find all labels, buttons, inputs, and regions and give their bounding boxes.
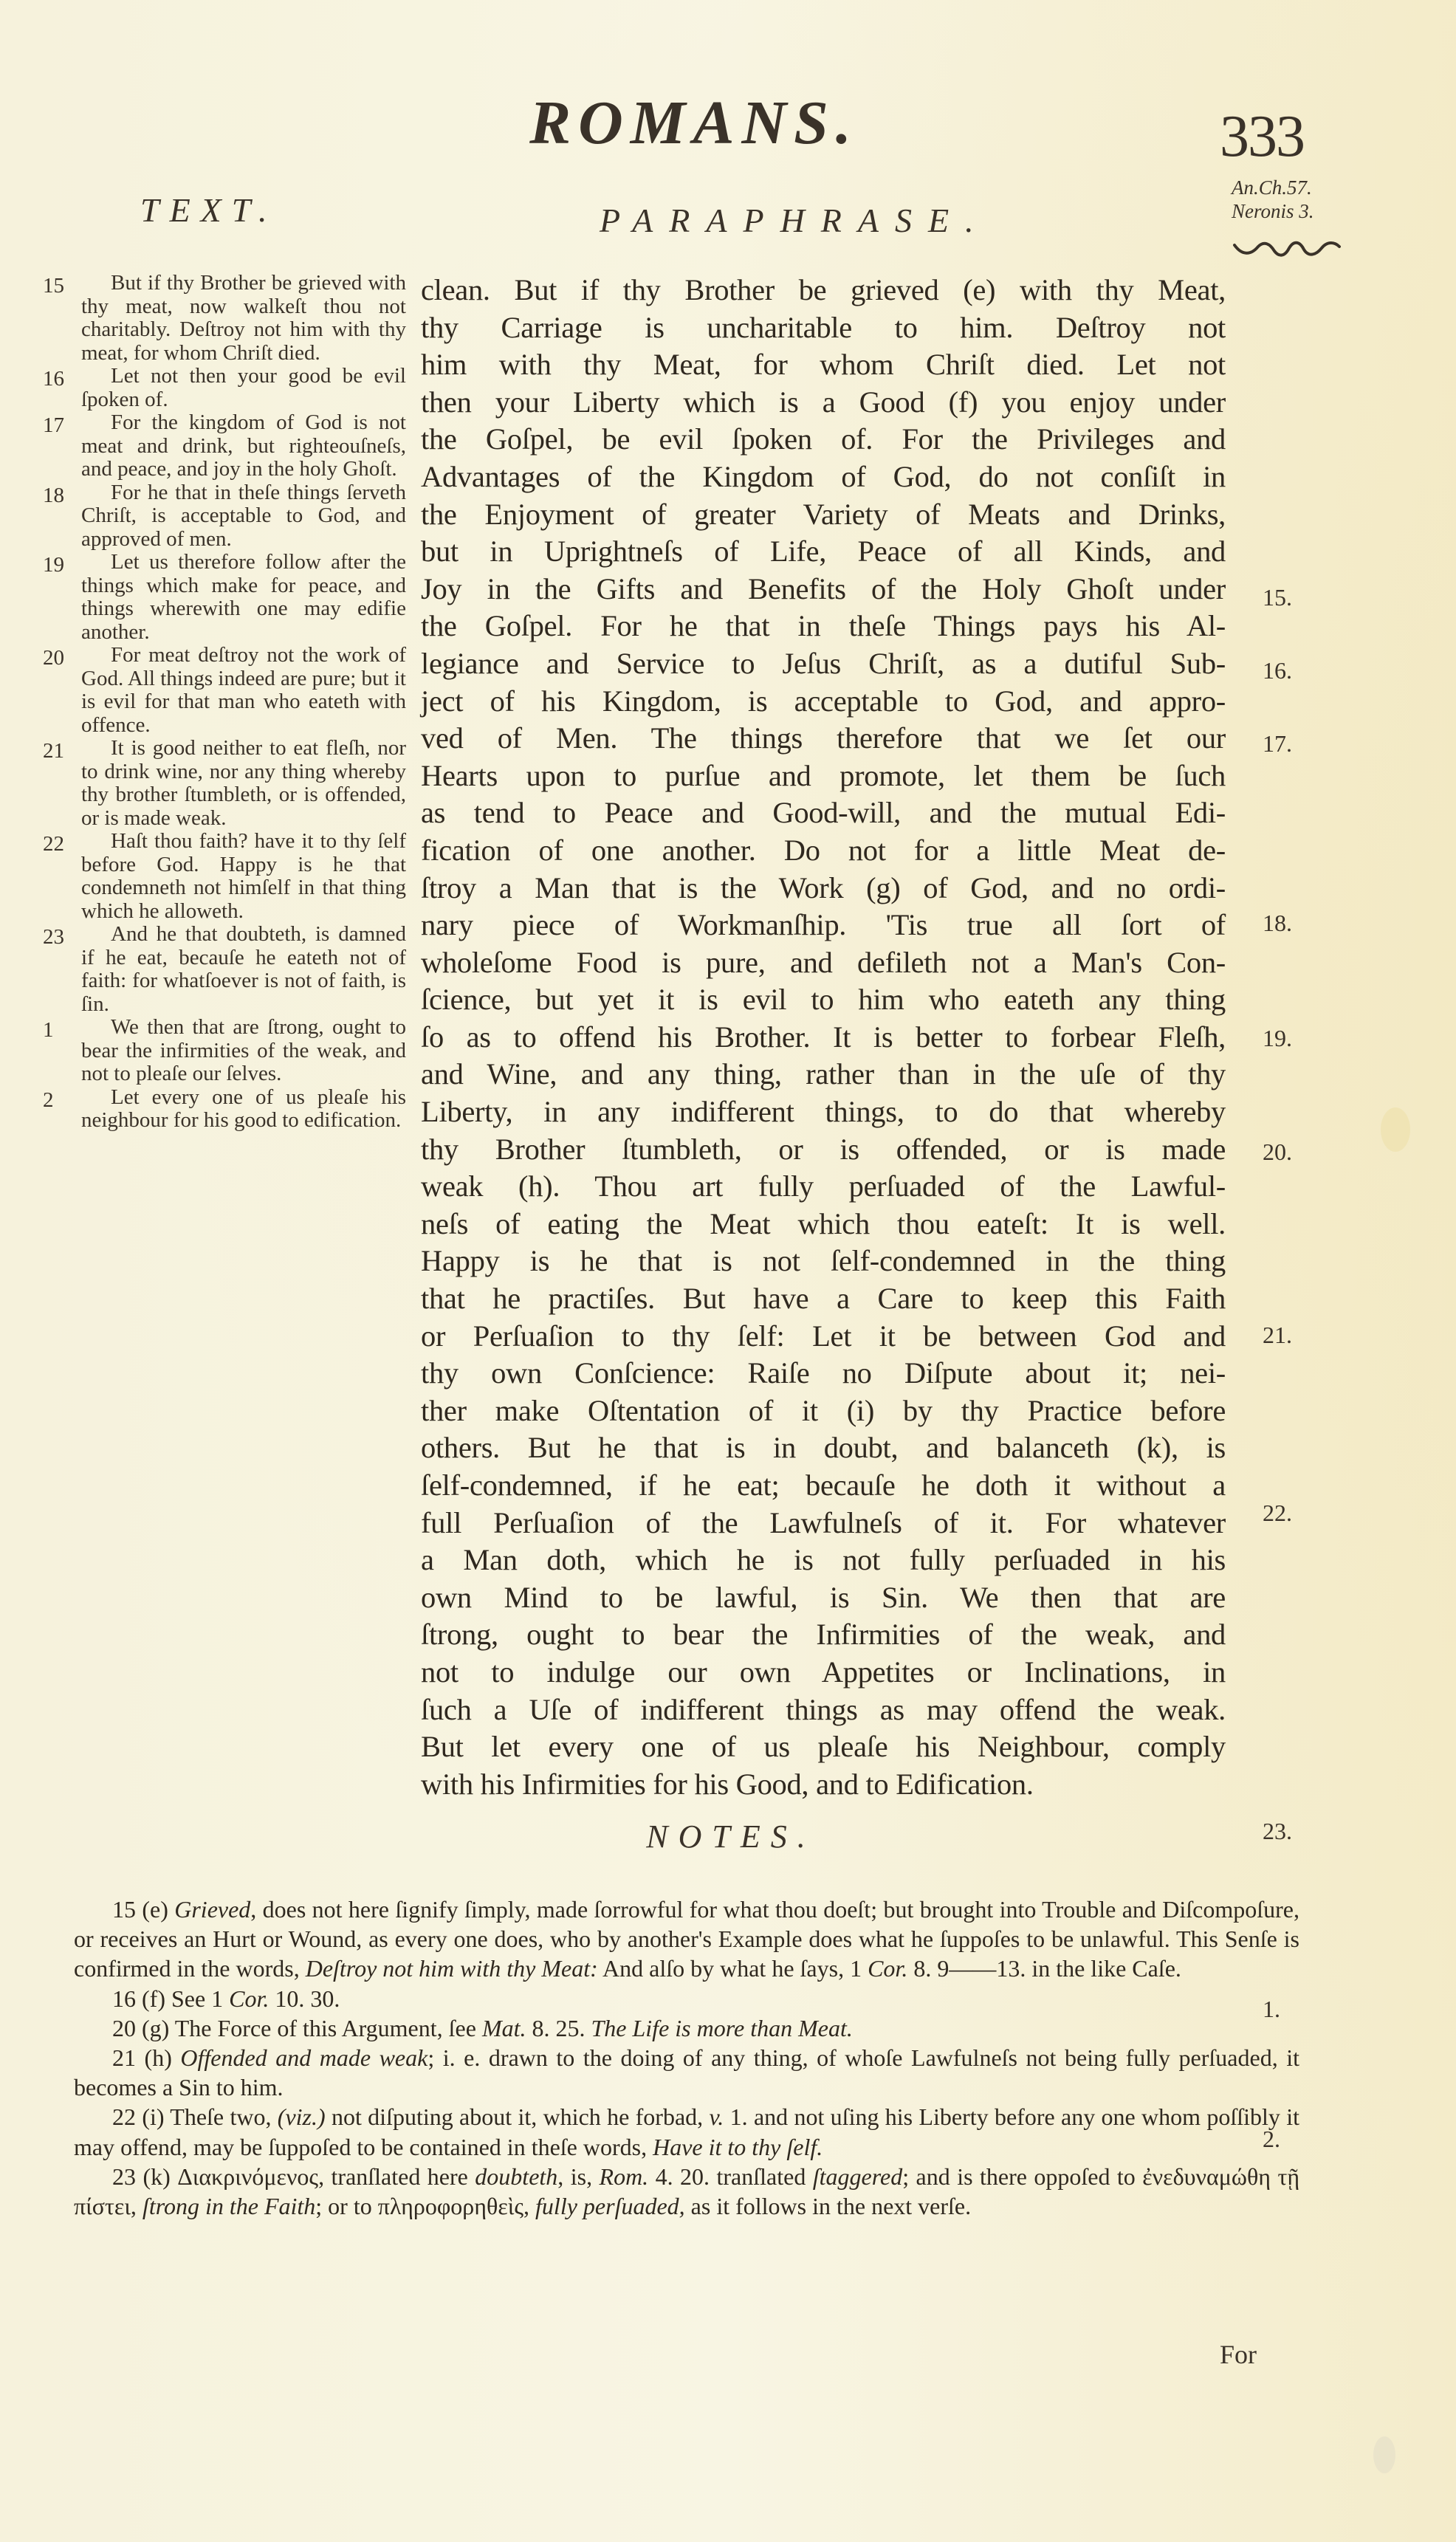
note-italic-text: ſtrong in the Faith — [142, 2193, 315, 2219]
note-reference: 16 (f) — [112, 1985, 165, 2012]
paraphrase-line: weak (h). Thou art fully perſuaded of th… — [421, 1168, 1226, 1206]
paraphrase-line: full Perſuaſion of the Lawfulneſs of it.… — [421, 1505, 1226, 1542]
paraphrase-line: him with thy Meat, for whom Chriſt died.… — [421, 346, 1226, 384]
verse-number: 17 — [43, 414, 78, 438]
verse-text: Let us therefore follow after the things… — [81, 550, 406, 644]
paraphrase-line: own Mind to be lawful, is Sin. We then t… — [421, 1579, 1226, 1617]
paraphrase-line: neſs of eating the Meat which thou eateſ… — [421, 1206, 1226, 1243]
note-text: See 1 — [171, 1985, 229, 2012]
verse-text: Let not then your good be evil ſpoken of… — [81, 364, 406, 411]
verse-number: 19 — [43, 554, 78, 577]
paraphrase-line: that he practiſes. But have a Care to ke… — [421, 1280, 1226, 1318]
note-text: 8. 9——13. in the like Caſe. — [907, 1955, 1181, 1982]
note-text: 10. 30. — [269, 1985, 340, 2012]
paraphrase-line: ther make Oſtentation of it (i) by thy P… — [421, 1392, 1226, 1430]
paraphrase-line: then your Liberty which is a Good (f) yo… — [421, 384, 1226, 422]
note-text: 8. 25. — [526, 2015, 591, 2041]
note-text: not diſputing about it, which he forbad, — [326, 2103, 710, 2130]
scripture-verse: 16Let not then your good be evil ſpoken … — [43, 365, 406, 411]
paraphrase-line: wholeſome Food is pure, and defileth not… — [421, 944, 1226, 982]
note-italic-text: Deſtroy not him with thy Meat: — [306, 1955, 598, 1982]
scripture-verse: 2Let every one of us pleaſe his neighbou… — [43, 1086, 406, 1133]
paraphrase-line: and Wine, and any thing, rather than in … — [421, 1056, 1226, 1093]
note-item: 23 (k) Διακρινόμενος, tranſlated here do… — [74, 2162, 1299, 2221]
note-item: 22 (i) Theſe two, (viz.) not diſputing a… — [74, 2102, 1299, 2161]
paraphrase-line: ſuch a Uſe of indifferent things as may … — [421, 1691, 1226, 1729]
note-text: ; or to πληροφορηθεὶς, — [315, 2193, 535, 2219]
margin-verse-number: 21. — [1263, 1322, 1292, 1349]
note-reference: 23 (k) — [112, 2163, 171, 2190]
margin-verse-number: 19. — [1263, 1025, 1292, 1052]
verse-text: For he that in theſe things ſerveth Chri… — [81, 481, 406, 551]
paraphrase-line: nary piece of Workmanſhip. 'Tis true all… — [421, 907, 1226, 944]
scripture-verse: 22Haſt thou faith? have it to thy ſelf b… — [43, 830, 406, 923]
paraphrase-column-heading: PARAPHRASE. — [600, 201, 990, 240]
paraphrase-line: with his Infirmities for his Good, and t… — [421, 1766, 1226, 1804]
verse-number: 18 — [43, 484, 78, 508]
paraphrase-line: Liberty, in any indifferent things, to d… — [421, 1093, 1226, 1131]
scripture-verse: 23And he that doubteth, is damned if he … — [43, 923, 406, 1016]
note-italic-text: fully perſuaded, — [535, 2193, 685, 2219]
note-text: as it follows in the next verſe. — [685, 2193, 971, 2219]
note-text: , is, — [557, 2163, 599, 2190]
paraphrase-line: Hearts upon to purſue and promote, let t… — [421, 758, 1226, 795]
paraphrase-line: but in Uprightneſs of Life, Peace of all… — [421, 533, 1226, 571]
paraphrase-line: fication of one another. Do not for a li… — [421, 832, 1226, 870]
paraphrase-line: ved of Men. The things therefore that we… — [421, 720, 1226, 758]
note-italic-text: (viz.) — [278, 2103, 326, 2130]
scripture-text-column: 15But if thy Brother be grieved with thy… — [43, 272, 406, 1133]
note-italic-text: Cor. — [229, 1985, 269, 2012]
note-text: Διακρινόμενος — [177, 2163, 318, 2190]
paraphrase-line: Happy is he that is not ſelf-condemned i… — [421, 1243, 1226, 1280]
paraphrase-line: But let every one of us pleaſe his Neigh… — [421, 1728, 1226, 1766]
page-number: 333 — [1220, 103, 1304, 171]
margin-verse-number: 15. — [1263, 584, 1292, 611]
note-italic-text: ſtaggered — [813, 2163, 902, 2190]
paper-fleck — [1381, 1107, 1410, 1152]
paper-fleck — [1373, 2436, 1395, 2473]
note-italic-text: Mat. — [482, 2015, 526, 2041]
paraphrase-line: ject of his Kingdom, is acceptable to Go… — [421, 683, 1226, 721]
scripture-verse: 15But if thy Brother be grieved with thy… — [43, 272, 406, 365]
flourish-ornament-icon — [1232, 238, 1342, 260]
note-reference: 21 (h) — [112, 2044, 172, 2071]
note-text: Theſe two, — [170, 2103, 278, 2130]
paraphrase-line: the Goſpel, be evil ſpoken of. For the P… — [421, 421, 1226, 458]
text-column-heading: TEXT. — [140, 190, 277, 230]
verse-text: We then that are ſtrong, ought to bear t… — [81, 1015, 406, 1085]
date-note-neronis: Neronis 3. — [1232, 199, 1342, 223]
note-italic-text: Offended and made weak — [180, 2044, 427, 2071]
paraphrase-line: not to indulge our own Appetites or Incl… — [421, 1654, 1226, 1691]
verse-text: Haſt thou faith? have it to thy ſelf bef… — [81, 829, 406, 923]
verse-number: 2 — [43, 1089, 78, 1113]
note-item: 15 (e) Grieved, does not here ſignify ſi… — [74, 1895, 1299, 1984]
verse-text: But if thy Brother be grieved with thy m… — [81, 271, 406, 365]
margin-verse-number: 18. — [1263, 910, 1292, 937]
note-italic-text: The Life is more than Meat. — [591, 2015, 852, 2041]
notes-title: NOTES. — [546, 1818, 916, 1855]
note-reference: 15 (e) — [112, 1896, 168, 1923]
paraphrase-line: or Perſuaſion to thy ſelf: Let it be bet… — [421, 1318, 1226, 1356]
paraphrase-line: the Enjoyment of greater Variety of Meat… — [421, 496, 1226, 534]
scripture-verse: 19Let us therefore follow after the thin… — [43, 551, 406, 644]
paraphrase-line: a Man doth, which he is not fully perſua… — [421, 1542, 1226, 1579]
note-item: 20 (g) The Force of this Argument, ſee M… — [74, 2013, 1299, 2043]
note-text: , tranſlated here — [318, 2163, 475, 2190]
note-italic-text: doubteth — [475, 2163, 557, 2190]
note-italic-text: Grieved — [174, 1896, 250, 1923]
paraphrase-line: thy own Conſcience: Raiſe no Diſpute abo… — [421, 1355, 1226, 1392]
margin-verse-number: 16. — [1263, 657, 1292, 684]
paraphrase-line: Joy in the Gifts and Benefits of the Hol… — [421, 571, 1226, 608]
running-head: ROMANS. — [487, 87, 901, 159]
verse-text: Let every one of us pleaſe his neighbour… — [81, 1085, 406, 1133]
note-item: 21 (h) Offended and made weak; i. e. dra… — [74, 2043, 1299, 2102]
paraphrase-line: ſtrong, ought to bear the Infirmities of… — [421, 1616, 1226, 1654]
margin-verse-number: 23. — [1263, 1818, 1292, 1845]
verse-text: It is good neither to eat fleſh, nor to … — [81, 736, 406, 830]
scripture-verse: 17For the kingdom of God is not meat and… — [43, 411, 406, 481]
note-text: And alſo by what he ſays, 1 — [598, 1955, 868, 1982]
scripture-verse: 21It is good neither to eat fleſh, nor t… — [43, 737, 406, 830]
verse-number: 15 — [43, 275, 78, 298]
scripture-verse: 1We then that are ſtrong, ought to bear … — [43, 1016, 406, 1086]
scripture-verse: 18For he that in theſe things ſerveth Ch… — [43, 481, 406, 552]
note-text: The Force of this Argument, ſee — [175, 2015, 482, 2041]
verse-number: 20 — [43, 647, 78, 670]
date-note-anno-christi: An.Ch.57. — [1232, 176, 1342, 199]
note-italic-text: Cor. — [868, 1955, 907, 1982]
paraphrase-line: ſtroy a Man that is the Work (g) of God,… — [421, 870, 1226, 907]
notes-section: 15 (e) Grieved, does not here ſignify ſi… — [74, 1895, 1299, 2221]
paraphrase-line: Advantages of the Kingdom of God, do not… — [421, 458, 1226, 496]
date-note: An.Ch.57. Neronis 3. — [1232, 176, 1342, 223]
note-reference: 20 (g) — [112, 2015, 169, 2041]
verse-number: 16 — [43, 368, 78, 391]
margin-verse-number: 17. — [1263, 730, 1292, 758]
paraphrase-line: the Goſpel. For he that in theſe Things … — [421, 608, 1226, 645]
note-item: 16 (f) See 1 Cor. 10. 30. — [74, 1984, 1299, 2013]
catchword: For — [1220, 2339, 1257, 2370]
paraphrase-line: as tend to Peace and Good-will, and the … — [421, 794, 1226, 832]
paraphrase-line: ſcience, but yet it is evil to him who e… — [421, 981, 1226, 1019]
note-reference: 22 (i) — [112, 2103, 165, 2130]
paraphrase-column: clean. But if thy Brother be grieved (e)… — [421, 272, 1226, 1803]
paraphrase-line: thy Carriage is uncharitable to him. Deſ… — [421, 309, 1226, 347]
verse-text: And he that doubteth, is damned if he ea… — [81, 922, 406, 1016]
paraphrase-line: legiance and Service to Jeſus Chriſt, as… — [421, 645, 1226, 683]
verse-number: 22 — [43, 833, 78, 856]
note-italic-text: Rom. — [600, 2163, 649, 2190]
paraphrase-line: thy Brother ſtumbleth, or is offended, o… — [421, 1131, 1226, 1169]
verse-number: 23 — [43, 926, 78, 949]
note-italic-text: v. — [709, 2103, 724, 2130]
paraphrase-line: ſo as to offend his Brother. It is bette… — [421, 1019, 1226, 1057]
paraphrase-line: others. But he that is in doubt, and bal… — [421, 1429, 1226, 1467]
paraphrase-line: clean. But if thy Brother be grieved (e)… — [421, 272, 1226, 309]
paraphrase-line: ſelf-condemned, if he eat; becauſe he do… — [421, 1467, 1226, 1505]
verse-number: 21 — [43, 740, 78, 763]
verse-text: For meat deſtroy not the work of God. Al… — [81, 643, 406, 737]
note-text: 4. 20. tranſlated — [648, 2163, 813, 2190]
scripture-verse: 20For meat deſtroy not the work of God. … — [43, 644, 406, 737]
verse-number: 1 — [43, 1019, 78, 1042]
verse-text: For the kingdom of God is not meat and d… — [81, 411, 406, 481]
margin-verse-number: 20. — [1263, 1138, 1292, 1166]
margin-verse-number: 22. — [1263, 1500, 1292, 1527]
note-italic-text: Have it to thy ſelf. — [653, 2134, 823, 2160]
